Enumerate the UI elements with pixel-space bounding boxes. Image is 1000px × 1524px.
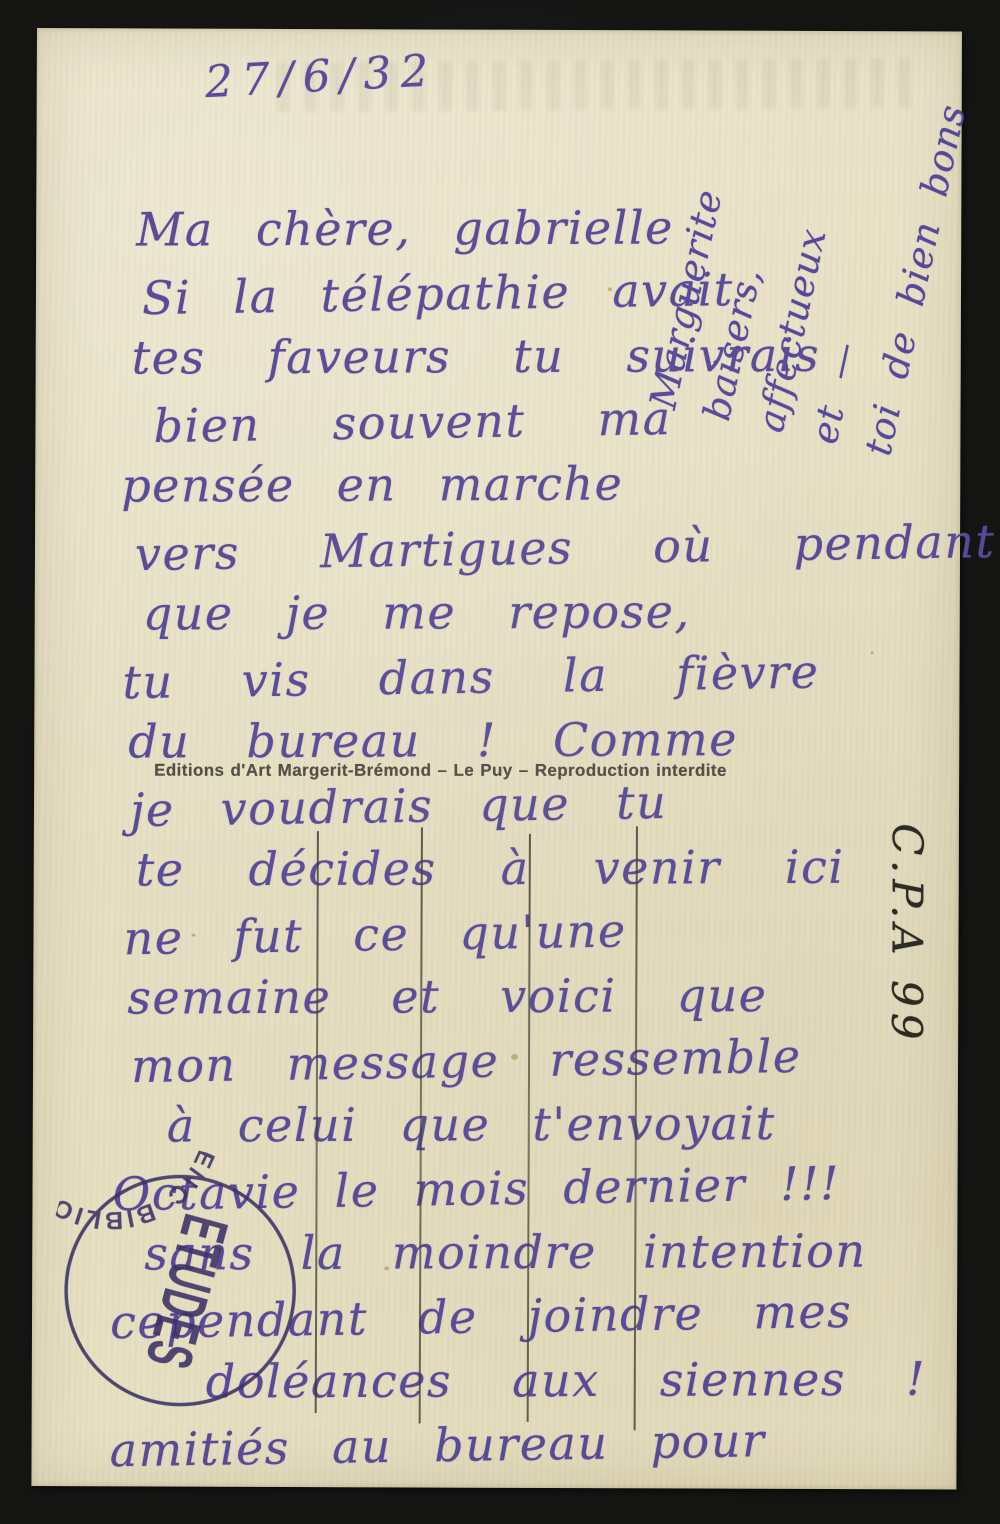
handwriting-line: te décides à venir ici xyxy=(136,834,943,901)
handwriting-line: ne fut ce qu'une xyxy=(123,894,943,971)
stamp-center-text: ETUDES xyxy=(132,1208,242,1377)
handwriting-line: doléances aux siennes ! xyxy=(206,1347,941,1414)
handwriting-line: que je me repose, xyxy=(143,578,944,645)
scan-mat-background: 27/6/32 toi de bien bons et — affectueux… xyxy=(0,0,1000,1524)
handwriting-line: Ma chère, gabrielle xyxy=(136,194,945,261)
paper-speck xyxy=(192,934,196,937)
paper-speck xyxy=(871,651,874,654)
handwriting-line: mon message ressemble xyxy=(131,1022,943,1098)
handwriting-line: bien souvent ma xyxy=(153,382,945,458)
postcard-back: 27/6/32 toi de bien bons et — affectueux… xyxy=(31,28,962,1490)
handwriting-line: vers Martigues où pendant xyxy=(135,510,945,586)
handwriting-line: tes faveurs tu suivrais xyxy=(132,322,945,389)
publisher-imprint: Editions d'Art Margerit-Brémond – Le Puy… xyxy=(154,761,854,781)
handwriting-line: tu vis dans la fièvre xyxy=(122,638,944,715)
handwriting-line: à celui que t'envoyait xyxy=(167,1090,942,1157)
handwriting-line: pensée en marche xyxy=(121,450,944,517)
catalog-number-note: C.P.A 99 xyxy=(882,823,932,1045)
paper-speck xyxy=(608,287,612,291)
paper-speck xyxy=(511,1054,518,1060)
handwriting-line: semaine et voici que xyxy=(127,962,942,1029)
paper-speck xyxy=(384,1266,389,1270)
handwriting-line: Si la télépathie avait xyxy=(142,254,946,330)
